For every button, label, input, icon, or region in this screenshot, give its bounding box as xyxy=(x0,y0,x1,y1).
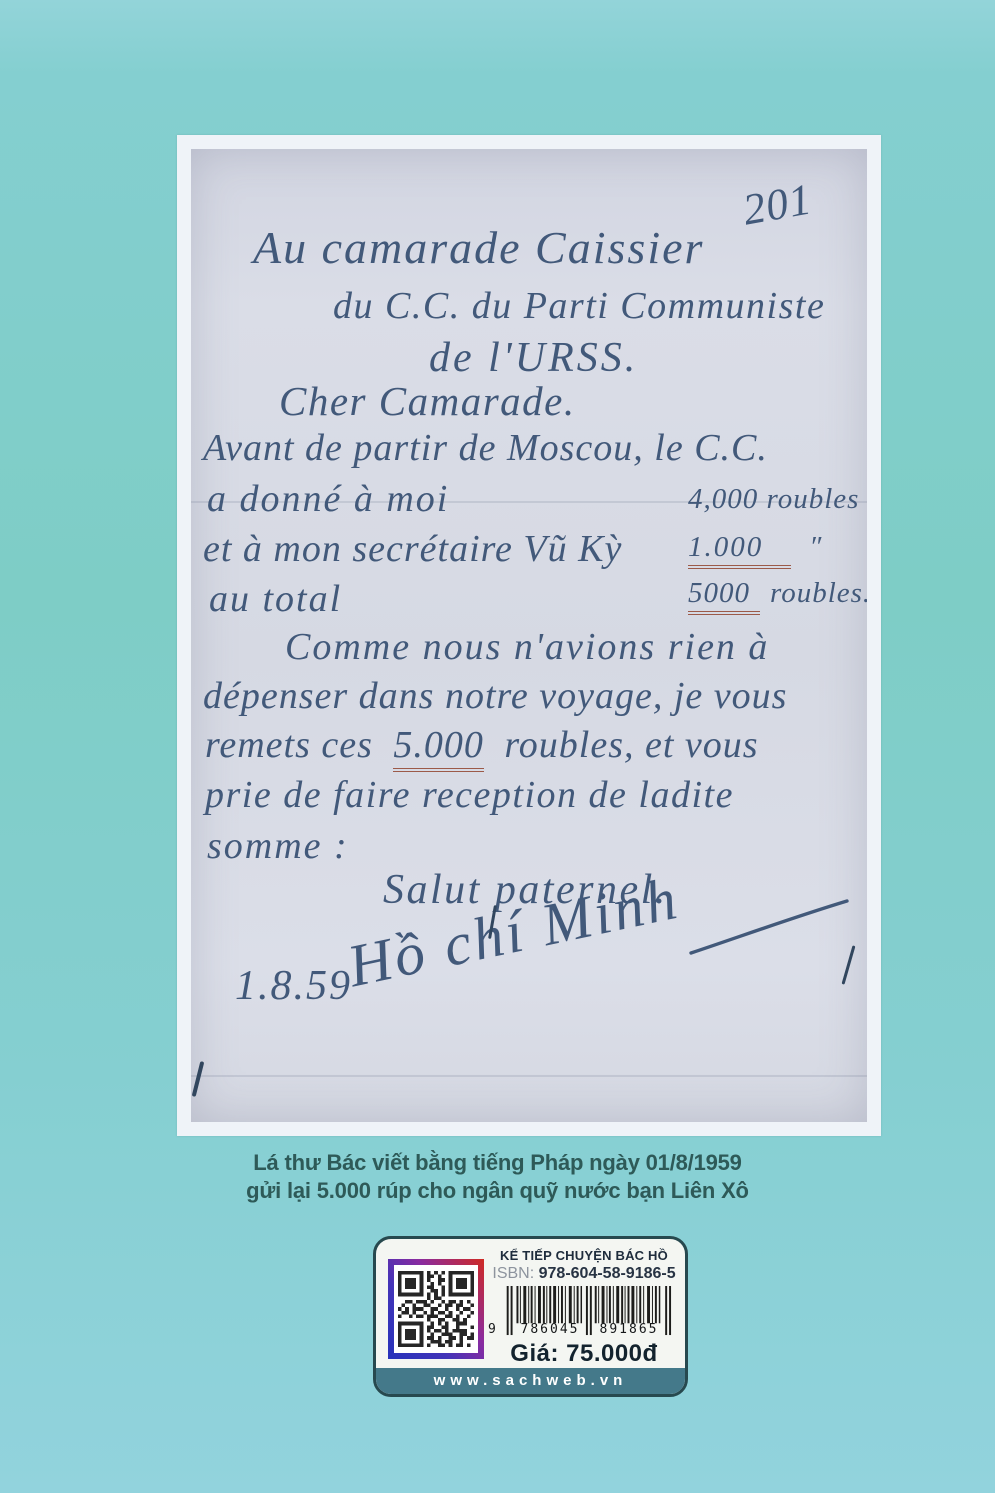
caption-line-1: Lá thư Bác viết bằng tiếng Pháp ngày 01/… xyxy=(0,1149,995,1177)
letter-body-line: Comme nous n'avions rien à xyxy=(285,628,769,666)
paper-crease xyxy=(191,1075,867,1077)
letter-salutation: Cher Camarade. xyxy=(279,381,576,422)
letter-body-line: prie de faire reception de ladite xyxy=(205,776,734,814)
isbn-value: 978-604-58-9186-5 xyxy=(539,1265,676,1282)
barcode-digit-lead: 9 xyxy=(488,1322,496,1337)
amount-underlined: 5.000 xyxy=(393,724,484,772)
photo-caption: Lá thư Bác viết bằng tiếng Pháp ngày 01/… xyxy=(0,1149,995,1205)
price-label: Giá: 75.000đ xyxy=(488,1340,680,1368)
letter-body-line: somme : xyxy=(207,827,349,865)
letter-photo-frame: 201 Au camarade Caissier du C.C. du Part… xyxy=(177,135,881,1136)
amount-4000-roubles: 4,000 roubles xyxy=(688,485,859,514)
barcode-digits-group2: 891865 xyxy=(594,1322,664,1337)
ean-barcode-icon: 9 786045 891865 xyxy=(488,1286,680,1337)
book-title: KỂ TIẾP CHUYỆN BÁC HỒ xyxy=(488,1248,680,1263)
letter-body-line: au total xyxy=(209,580,342,618)
caption-line-2: gửi lại 5.000 rúp cho ngân quỹ nước bạn … xyxy=(0,1177,995,1205)
book-back-cover: 201 Au camarade Caissier du C.C. du Part… xyxy=(0,0,995,1493)
barcode-digits-group1: 786045 xyxy=(515,1322,585,1337)
qr-code-modules xyxy=(394,1265,478,1353)
amount-unit: roubles. xyxy=(770,577,867,609)
amount-underlined: 1.000 xyxy=(688,531,791,569)
letter-addressee-line: du C.C. du Parti Communiste xyxy=(333,287,825,325)
signature-flourish xyxy=(689,897,854,959)
pen-stroke xyxy=(192,1061,205,1097)
letter-body-line: et à mon secrétaire Vũ Kỳ xyxy=(203,530,622,568)
ditto-mark: ″ xyxy=(809,531,823,563)
website-url: www.sachweb.vn xyxy=(434,1372,628,1389)
letter-photo: 201 Au camarade Caissier du C.C. du Part… xyxy=(191,149,867,1122)
letter-body-line: dépenser dans notre voyage, je vous xyxy=(203,677,787,715)
amount-underlined: 5000 xyxy=(688,577,760,615)
website-strip: www.sachweb.vn xyxy=(376,1368,685,1394)
body-text: remets ces xyxy=(205,724,373,766)
body-text: roubles, et vous xyxy=(504,724,758,766)
letter-body-line: Avant de partir de Moscou, le C.C. xyxy=(203,429,768,467)
publisher-info-block: KỂ TIẾP CHUYỆN BÁC HỒ ISBN: 978-604-58-9… xyxy=(373,1236,688,1397)
letter-body-line: a donné à moi xyxy=(207,480,449,518)
isbn-label: ISBN: xyxy=(492,1265,534,1282)
letter-addressee-line: de l'URSS. xyxy=(429,337,638,379)
isbn-line: ISBN: 978-604-58-9186-5 xyxy=(488,1265,680,1283)
amount-5000-roubles: 5000roubles. xyxy=(688,579,867,608)
letter-body-line: remets ces 5.000 roubles, et vous xyxy=(205,726,759,764)
letter-addressee-line: Au camarade Caissier xyxy=(253,225,704,271)
isbn-panel: KỂ TIẾP CHUYỆN BÁC HỒ ISBN: 978-604-58-9… xyxy=(488,1248,680,1368)
qr-code-icon xyxy=(388,1259,484,1359)
amount-1000-roubles: 1.000″ xyxy=(688,533,823,562)
handwritten-page-number: 201 xyxy=(740,177,816,232)
letter-date: 1.8.59 xyxy=(235,965,352,1007)
